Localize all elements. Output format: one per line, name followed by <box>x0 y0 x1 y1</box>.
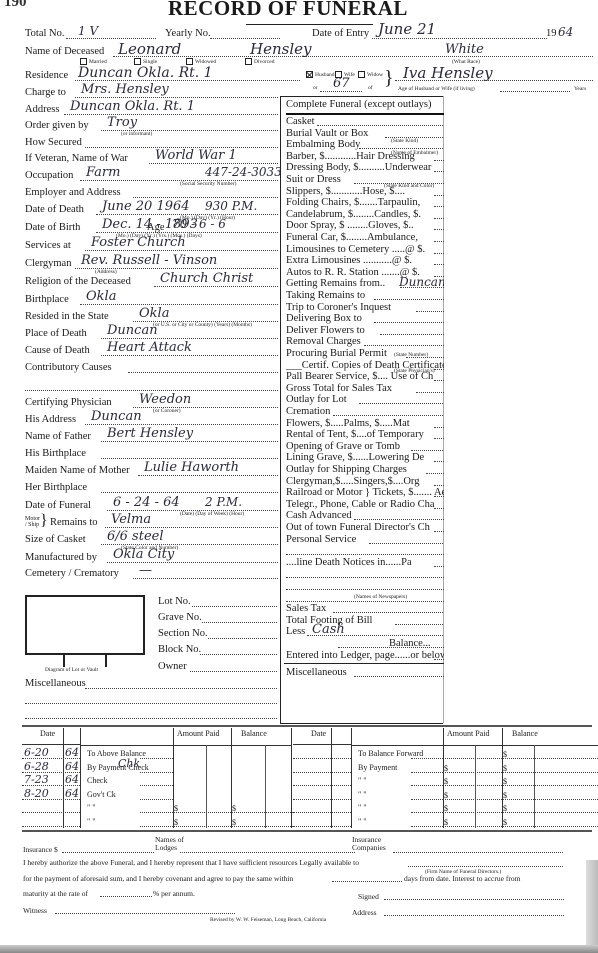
charge-line[interactable] <box>338 647 444 648</box>
right-ledger-desc-line[interactable] <box>411 799 443 800</box>
residence-value[interactable]: Duncan Okla. Rt. 1 <box>78 65 213 81</box>
right-ledger-amount-line[interactable] <box>443 772 598 773</box>
right-ledger-date-line[interactable] <box>293 758 351 759</box>
lot-no-line[interactable] <box>192 606 277 607</box>
left-amount-paid-header: Amount Paid <box>177 729 219 738</box>
firm-name-line[interactable] <box>408 866 563 867</box>
race-value[interactable]: White <box>445 42 484 57</box>
field-line[interactable] <box>75 97 278 98</box>
left-ledger-desc-line[interactable] <box>140 772 173 773</box>
charge-line[interactable] <box>369 543 444 544</box>
field-value[interactable]: Lulie Haworth <box>144 460 239 475</box>
ledger-date[interactable]: 8-20 <box>24 787 49 800</box>
right-ledger-date-line[interactable] <box>293 799 351 800</box>
charge-line[interactable] <box>434 427 444 428</box>
left-balance-header: Balance <box>241 729 267 738</box>
misc-left-line-1[interactable] <box>85 688 277 689</box>
charge-line[interactable] <box>434 438 444 439</box>
charge-line[interactable] <box>411 450 444 451</box>
field-value[interactable]: Duncan <box>91 409 142 424</box>
charges-box-bottom-border <box>280 723 443 724</box>
charge-line[interactable] <box>395 624 444 625</box>
charge-line[interactable] <box>364 345 444 346</box>
age-label: Age <box>147 222 165 233</box>
left-col-divider <box>231 728 232 828</box>
right-ledger-date-line[interactable] <box>293 812 351 813</box>
charge-caption: (State Physician's) <box>394 368 435 374</box>
field-line[interactable] <box>101 355 278 356</box>
authorize-line-2b: days from date. Interest to accrue from <box>404 874 520 883</box>
field-label: Name of Father <box>25 431 91 442</box>
right-date-header: Date <box>311 729 326 738</box>
charge-item: Flowers, $.....Palms, $.....Mat <box>286 418 410 429</box>
charge-item: Outlay for Shipping Charges <box>286 464 407 475</box>
field-value[interactable]: Foster Church <box>91 235 186 250</box>
field-label: His Address <box>25 414 76 425</box>
right-ledger-desc-line[interactable] <box>411 812 443 813</box>
charge-line[interactable] <box>434 264 444 265</box>
deceased-name-line <box>113 56 593 57</box>
widow-checkbox[interactable] <box>358 71 365 78</box>
charge-line[interactable] <box>354 676 444 677</box>
field-label: Her Birthplace <box>25 482 87 493</box>
charge-line[interactable] <box>416 392 444 393</box>
field-value[interactable]: Heart Attack <box>107 340 192 355</box>
left-ledger-date-line[interactable] <box>22 812 80 813</box>
field-line[interactable] <box>85 250 278 251</box>
left-date-header: Date <box>40 729 55 738</box>
right-col-divider <box>351 728 352 828</box>
total-no-value[interactable]: 1 V <box>78 24 98 38</box>
years-line <box>500 91 570 92</box>
spouse-age-value[interactable]: 67 <box>333 76 350 91</box>
ledger-year[interactable]: 64 <box>65 760 79 773</box>
year-prefix: 19 <box>546 28 557 39</box>
field-value[interactable]: 6/6 steel <box>107 529 164 544</box>
charge-item: Removal Charges <box>286 336 361 347</box>
field-caption: (Social Security Number) <box>180 181 237 187</box>
diagram-notch-left <box>63 655 65 667</box>
field-value[interactable]: Okla City <box>113 547 174 562</box>
field-value[interactable]: Okla <box>86 289 116 304</box>
married-checkbox[interactable] <box>80 58 87 65</box>
charge-caption: (State Kind and Color) <box>384 183 434 189</box>
brace: } <box>40 512 48 530</box>
field-label: Date of Death <box>25 204 84 215</box>
ledger-year[interactable]: 64 <box>65 787 79 800</box>
husband-option[interactable]: Husband <box>306 71 335 78</box>
spouse-name-value[interactable]: Iva Hensley <box>403 64 493 82</box>
charge-caption: (Names of Newspapers) <box>354 594 407 600</box>
charge-line[interactable] <box>434 508 444 509</box>
witness-line[interactable] <box>55 913 235 914</box>
field-label: Clergyman <box>25 258 71 269</box>
charge-item: Funeral Car, $........Ambulance, <box>286 232 418 243</box>
charge-item: Deliver Flowers to <box>286 325 365 336</box>
ledger-desc: To Balance Forward <box>358 749 423 758</box>
charge-line[interactable] <box>359 403 444 404</box>
grave-no-label: Grave No. <box>158 612 202 623</box>
charge-line[interactable] <box>317 125 444 126</box>
charge-caption: (State Kind) <box>391 138 418 144</box>
blank-charge-line[interactable] <box>286 589 444 590</box>
spouse-of-label: of <box>368 85 373 91</box>
right-ledger-amount-line[interactable] <box>443 812 598 813</box>
field-value-2[interactable]: 930 P.M. <box>205 199 257 213</box>
ledger-desc: By Payment <box>358 763 397 772</box>
ledger-date[interactable]: 6-28 <box>24 760 49 773</box>
authorize-line-3b: % per annum. <box>153 889 195 898</box>
field-value[interactable]: Duncan Okla. Rt. 1 <box>70 99 195 114</box>
rate-line[interactable] <box>100 896 152 897</box>
charge-item: Opening of Grave or Tomb <box>286 441 400 452</box>
authorize-line-3a: maturity at the rate of <box>23 889 88 898</box>
right-ledger-date-line[interactable] <box>293 826 351 827</box>
right-ledger-amount-line[interactable] <box>443 758 598 759</box>
date-of-entry-value[interactable]: June 21 <box>378 20 436 38</box>
charge-item: Casket <box>286 116 315 127</box>
field-line[interactable] <box>133 197 278 198</box>
field-value[interactable]: Velma <box>111 512 151 527</box>
date-of-entry-label: Date of Entry <box>312 28 369 39</box>
right-ledger-amount-line[interactable] <box>443 826 598 827</box>
charge-line[interactable] <box>434 485 444 486</box>
field-line[interactable] <box>154 286 278 287</box>
field-line[interactable] <box>128 372 278 373</box>
charge-item: Taking Remains to <box>286 290 365 301</box>
getting-remains-from-value[interactable]: Duncan <box>399 275 444 289</box>
charge-line[interactable] <box>434 160 444 161</box>
spouse-age-caption: Age of Husband or Wife (if living) <box>398 86 475 92</box>
left-ledger-desc-line[interactable] <box>140 758 173 759</box>
field-label: His Birthplace <box>25 448 86 459</box>
lodges-line[interactable] <box>180 852 355 853</box>
field-label: Contributory Causes <box>25 362 112 373</box>
field-label: Size of Casket <box>25 534 86 545</box>
divorced-option[interactable]: Divorced <box>245 58 274 65</box>
revised-by: Revised by W. W. Feiseman, Long Beach, C… <box>210 917 326 923</box>
charge-line[interactable] <box>380 334 444 335</box>
days-line[interactable] <box>332 881 402 882</box>
charge-line[interactable] <box>354 519 444 520</box>
single-checkbox[interactable] <box>134 58 141 65</box>
address-line[interactable] <box>384 915 564 916</box>
field-line[interactable] <box>80 304 278 305</box>
field-label: Remains to <box>50 517 98 528</box>
witness-label: Witness <box>23 906 47 915</box>
charge-item: Door Spray, $ ........Gloves, $.. <box>286 220 414 231</box>
residence-label: Residence <box>25 70 68 81</box>
signed-line[interactable] <box>384 899 564 900</box>
field-caption: (Date) (Day of Week) (Hour) <box>180 511 244 517</box>
field-line[interactable] <box>25 390 278 391</box>
field-label: Maiden Name of Mother <box>25 465 130 476</box>
husband-checkbox[interactable] <box>306 71 313 78</box>
ledger-desc: " " <box>358 790 367 799</box>
deceased-first-name[interactable]: Leonard <box>118 40 181 58</box>
field-caption: (Address) <box>95 269 117 275</box>
field-value[interactable]: Farm <box>86 165 120 180</box>
left-ledger-desc-line[interactable] <box>140 785 173 786</box>
charge-item: Procuring Burial Permit <box>286 348 387 359</box>
years-label: Years <box>574 86 586 92</box>
brace: } <box>384 68 394 88</box>
field-line[interactable] <box>138 475 278 476</box>
field-line[interactable] <box>101 458 278 459</box>
right-ledger-desc-line[interactable] <box>411 772 443 773</box>
charge-line[interactable] <box>426 473 444 474</box>
charge-item: Cremation <box>286 406 330 417</box>
field-value-2[interactable]: 447-24-3033 <box>205 165 282 179</box>
field-label: Place of Death <box>25 328 87 339</box>
widowed-option[interactable]: Widowed <box>186 58 216 65</box>
section-no-line[interactable] <box>208 638 277 639</box>
ledger-bottom-rule <box>22 830 592 832</box>
insurance-label: Insurance $ <box>23 845 58 854</box>
yearly-no-line <box>210 38 280 39</box>
field-line[interactable] <box>105 527 278 528</box>
charge-item: Burial Vault or Box <box>286 128 368 139</box>
left-col-divider <box>173 728 174 828</box>
field-label: Occupation <box>25 170 73 181</box>
left-amount-cents-divider <box>206 745 207 828</box>
charge-line[interactable] <box>333 415 444 416</box>
authorize-line-1: I hereby authorize the above Funeral, an… <box>23 858 359 867</box>
ledger-date[interactable]: 7-23 <box>24 773 49 786</box>
less-value[interactable]: Cash <box>312 622 345 637</box>
field-line[interactable] <box>101 441 278 442</box>
charge-item: Clergyman,$.....Singers,$....Org <box>286 476 419 487</box>
left-col-divider <box>291 728 292 828</box>
charge-line[interactable] <box>374 322 444 323</box>
field-value[interactable]: 6 - 24 - 64 <box>113 495 180 510</box>
right-ledger-date-line[interactable] <box>293 772 351 773</box>
field-value[interactable]: — <box>139 563 152 578</box>
charge-line[interactable] <box>434 369 444 370</box>
ledger-entry-rule <box>284 663 444 664</box>
charge-item: Delivering Box to <box>286 313 362 324</box>
charge-item: Limousines to Cemetery .....@ $. <box>286 244 425 255</box>
field-value[interactable]: June 20 1964 <box>102 199 190 214</box>
charge-line[interactable] <box>434 206 444 207</box>
insurance-companies-label: Insurance Companies <box>352 836 402 852</box>
ledger-desc: " " <box>87 817 96 826</box>
address-label: Address <box>352 908 377 917</box>
heading-rule <box>286 113 444 115</box>
ledger-desc: " " <box>358 817 367 826</box>
charge-caption: (Name of Embalmer) <box>391 150 438 156</box>
blank-charge-line[interactable] <box>286 601 444 602</box>
charge-line[interactable] <box>434 195 444 196</box>
right-amount-paid-header: Amount Paid <box>447 729 489 738</box>
ledger-desc: " " <box>358 776 367 785</box>
field-value[interactable]: Rev. Russell - Vinson <box>81 253 217 268</box>
left-balance-cents-divider <box>265 745 266 828</box>
widowed-checkbox[interactable] <box>186 58 193 65</box>
field-value-2[interactable]: 70 - 6 - 6 <box>172 217 226 231</box>
right-ledger-desc-line[interactable] <box>411 785 443 786</box>
charge-item: Candelabrum, $........Candles, $. <box>286 209 421 220</box>
left-col-divider <box>63 728 64 828</box>
charge-item: Dressing Body, $..........Underwear <box>286 162 431 173</box>
insurance-line[interactable] <box>62 852 154 853</box>
charge-caption: (State Number) <box>394 352 428 358</box>
blank-charge-line[interactable] <box>286 577 444 578</box>
charge-line[interactable] <box>434 380 444 381</box>
married-option[interactable]: Married <box>80 58 107 65</box>
misc-left-line-2[interactable] <box>25 703 277 704</box>
lot-diagram <box>25 595 145 655</box>
left-amount-header-rule <box>173 745 291 746</box>
page-title: RECORD OF FUNERAL <box>168 0 408 21</box>
charge-item: Rental of Tent, $....of Temporary <box>286 429 424 440</box>
field-label: Resided in the State <box>25 311 109 322</box>
right-ledger-amount-line[interactable] <box>443 799 598 800</box>
left-ledger-desc-line[interactable] <box>140 799 173 800</box>
block-no-line[interactable] <box>200 654 277 655</box>
right-desc-header-rule <box>351 745 443 746</box>
right-date-header-rule <box>293 744 351 745</box>
left-ledger-desc-line[interactable] <box>140 826 173 827</box>
charge-line[interactable] <box>434 461 444 462</box>
insurance-companies-line[interactable] <box>393 852 563 853</box>
ledger-desc[interactable]: Check <box>87 776 107 785</box>
charges-section: Complete Funeral (except outlays) Casket… <box>284 96 444 699</box>
field-value[interactable]: Weedon <box>139 392 191 407</box>
charge-line[interactable] <box>434 253 444 254</box>
field-label: Cemetery / Crematory <box>25 568 119 579</box>
title-underline <box>246 24 373 25</box>
year-value[interactable]: 64 <box>558 25 573 39</box>
charge-line[interactable] <box>434 241 444 242</box>
charge-item: Folding Chairs, $.......Tarpaulin, <box>286 197 420 208</box>
blank-charge-line[interactable] <box>286 554 444 555</box>
left-ledger-desc-line[interactable] <box>140 812 173 813</box>
charge-line[interactable] <box>434 229 444 230</box>
charge-item: Gross Total for Sales Tax <box>286 383 392 394</box>
misc-left-line-3[interactable] <box>25 718 277 719</box>
field-label: Certifying Physician <box>25 397 112 408</box>
owner-label: Owner <box>158 661 187 672</box>
authorize-line-2a: for the payment of aforesaid sum, and I … <box>23 874 293 883</box>
field-line[interactable] <box>85 424 278 425</box>
names-of-lodges-label: Names of Lodges <box>155 836 195 852</box>
field-label: Order given by <box>25 120 89 131</box>
ledger-date[interactable]: 6-20 <box>24 746 49 759</box>
total-no-label: Total No. <box>25 28 65 39</box>
charge-line[interactable] <box>434 171 444 172</box>
field-label: Birthplace <box>25 294 69 305</box>
block-no-label: Block No. <box>158 644 201 655</box>
right-ledger-desc-line[interactable] <box>411 826 443 827</box>
field-line[interactable] <box>101 492 278 493</box>
paper-edge-right <box>586 860 598 953</box>
charge-line[interactable] <box>416 311 444 312</box>
spouse-age-line <box>320 91 362 92</box>
grave-no-line[interactable] <box>202 622 277 623</box>
right-ledger-amount-line[interactable] <box>443 785 598 786</box>
field-label: Religion of the Deceased <box>25 276 131 287</box>
ledger-desc: " " <box>87 803 96 812</box>
charge-item: Extra Limousines ...........@ $. <box>286 255 412 266</box>
field-line[interactable] <box>107 562 278 563</box>
right-col-divider <box>331 728 332 828</box>
field-value[interactable]: World War 1 <box>155 148 237 163</box>
field-label: Charge to <box>25 87 66 98</box>
charge-line[interactable] <box>434 659 444 660</box>
field-label: Cause of Death <box>25 345 90 356</box>
charge-item: Suit or Dress <box>286 174 341 185</box>
widow-option[interactable]: Widow <box>358 71 383 78</box>
deceased-name-label: Name of Deceased <box>25 46 104 57</box>
divorced-checkbox[interactable] <box>245 58 252 65</box>
right-ledger-desc-line[interactable] <box>411 758 443 759</box>
ledger-year[interactable]: 64 <box>65 773 79 786</box>
ledger-top-rule <box>22 725 592 727</box>
deceased-last-name[interactable]: Hensley <box>250 40 311 58</box>
field-label: Services at <box>25 240 71 251</box>
charge-line[interactable] <box>374 299 444 300</box>
charge-line[interactable] <box>333 612 444 613</box>
owner-line[interactable] <box>190 671 277 672</box>
charge-item: Railroad or Motor } Tickets, $....... Ae… <box>286 487 444 498</box>
charge-item: Miscellaneous <box>286 667 347 678</box>
single-option[interactable]: Single <box>134 58 157 65</box>
charge-item: Less <box>286 626 305 637</box>
charge-line[interactable] <box>434 218 444 219</box>
charge-item: Entered into Ledger, page......or below. <box>286 650 444 661</box>
spouse-or-label: or <box>313 85 318 91</box>
field-caption: (or informant) <box>121 131 152 137</box>
field-value[interactable]: Duncan <box>107 323 158 338</box>
field-line[interactable] <box>101 338 278 339</box>
charge-item: Getting Remains from.. <box>286 278 385 289</box>
section-no-label: Section No. <box>158 628 208 639</box>
field-value[interactable]: Bert Hensley <box>107 426 193 441</box>
charge-line[interactable] <box>434 496 444 497</box>
field-value[interactable]: Troy <box>107 115 137 130</box>
field-line[interactable] <box>133 578 278 579</box>
field-value[interactable]: Okla <box>139 306 169 321</box>
field-line[interactable] <box>64 114 278 115</box>
right-amount-header-rule <box>443 745 598 746</box>
field-value-2[interactable]: 2 P.M. <box>205 495 242 509</box>
field-label: Employer and Address <box>25 187 121 198</box>
left-date-header-rule <box>22 744 80 745</box>
field-line[interactable] <box>149 163 278 164</box>
field-line[interactable] <box>80 180 278 181</box>
field-label: How Secured <box>25 137 82 148</box>
lot-no-label: Lot No. <box>158 596 191 607</box>
ledger-desc[interactable]: Gov't Ck <box>87 790 116 799</box>
page-number: 190 <box>4 0 27 11</box>
field-label: Manufactured by <box>25 552 97 563</box>
payment-note: Chk <box>118 757 140 770</box>
ledger-year[interactable]: 64 <box>65 746 79 759</box>
field-value[interactable]: Church Christ <box>160 271 253 286</box>
charge-line[interactable] <box>434 531 444 532</box>
left-ledger-date-line[interactable] <box>22 826 80 827</box>
diagram-caption: Diagram of Lot or Vault <box>45 667 98 673</box>
charge-item: Cash Advanced <box>286 510 352 521</box>
paper-edge-bottom <box>0 945 598 953</box>
charge-line[interactable] <box>359 148 444 149</box>
date-of-entry-line <box>372 38 547 39</box>
left-col-divider <box>80 728 81 828</box>
right-ledger-date-line[interactable] <box>293 785 351 786</box>
field-value[interactable]: Mrs. Hensley <box>81 82 169 97</box>
charge-line[interactable] <box>434 566 444 567</box>
